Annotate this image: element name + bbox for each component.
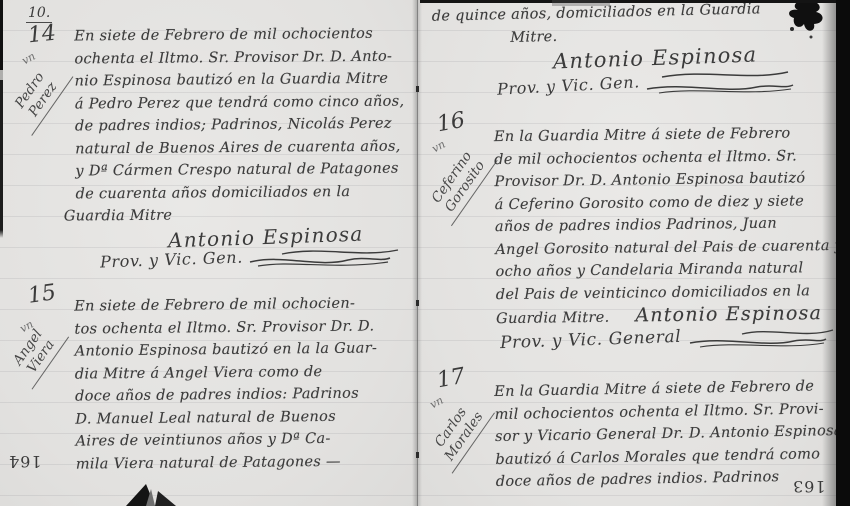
baptism-entry-15-text: En siete de Febrero de mil ochocien- tos… bbox=[74, 292, 378, 475]
record-line: natural de Buenos Aires de cuarenta años… bbox=[75, 135, 405, 160]
record-line: Aires de veintiunos años y Dª Ca- bbox=[75, 427, 378, 453]
inverted-page-number-163: 163 bbox=[792, 477, 826, 496]
entry-number-17: 17 bbox=[435, 364, 467, 393]
record-line: tos ochenta el Iltmo. Sr. Provisor Dr. D… bbox=[74, 315, 377, 341]
record-line: D. Manuel Leal natural de Buenos bbox=[75, 405, 378, 431]
scanner-edge-right bbox=[836, 0, 850, 506]
binding-stitch bbox=[416, 300, 419, 306]
entry-number-14: 14 bbox=[27, 21, 57, 49]
rubric-flourish bbox=[248, 252, 392, 270]
record-line: nio Espinosa bautizó en la Guardia Mitre bbox=[75, 68, 405, 93]
record-line: de padres indios; Padrinos, Nicolás Pere… bbox=[75, 113, 405, 138]
inverted-page-number-164: 164 bbox=[8, 452, 42, 471]
fold-line bbox=[417, 0, 418, 506]
record-line: Guardia Mitre. bbox=[496, 307, 610, 331]
baptism-entry-14-text: En siete de Febrero de mil ochocientos o… bbox=[74, 23, 405, 228]
photo-corner-blob bbox=[122, 483, 180, 506]
rubric-flourish bbox=[645, 80, 795, 96]
record-line: y Dª Cármen Crespo natural de Patagones bbox=[75, 158, 405, 183]
binding-stitch bbox=[416, 86, 419, 92]
baptism-entry-16-text: En la Guardia Mitre á siete de Febrero d… bbox=[494, 122, 844, 329]
binding-stitch bbox=[416, 452, 419, 458]
scanner-edge-top-patch bbox=[552, 0, 610, 6]
record-line: En siete de Febrero de mil ochocientos bbox=[74, 23, 404, 48]
record-line: En siete de Febrero de mil ochocien- bbox=[74, 292, 377, 318]
entry-number-15: 15 bbox=[26, 280, 57, 309]
record-closing-row: Guardia Mitre. Antonio Espinosa bbox=[496, 302, 844, 329]
record-line: Antonio Espinosa bautizó en la la Guar- bbox=[75, 337, 378, 363]
baptism-entry-17-text: En la Guardia Mitre á siete de Febrero d… bbox=[494, 375, 844, 494]
record-line: á Pedro Perez que tendrá como cinco años… bbox=[75, 90, 405, 115]
entry-number-16: 16 bbox=[435, 108, 467, 137]
espinosa-signature: Antonio Espinosa bbox=[635, 302, 822, 327]
record-line: mila Viera natural de Patagones — bbox=[76, 450, 379, 476]
record-line: doce años de padres indios: Padrinos bbox=[75, 382, 378, 408]
record-line: ochenta el Iltmo. Sr. Provisor Dr. D. An… bbox=[74, 45, 404, 70]
record-line: dia Mitre á Angel Viera como de bbox=[75, 360, 378, 386]
register-book-scan: 10. 14 vn Pedro Perez En siete de Febrer… bbox=[0, 0, 850, 506]
record-line: de cuarenta años domiciliados en la bbox=[75, 180, 405, 205]
ink-blot bbox=[780, 0, 828, 40]
rubric-flourish bbox=[688, 334, 828, 350]
scanner-edge-top bbox=[420, 0, 836, 3]
record-line: á Ceferino Gorosito como de diez y siete bbox=[495, 189, 843, 216]
scanner-edge-left bbox=[0, 0, 3, 238]
